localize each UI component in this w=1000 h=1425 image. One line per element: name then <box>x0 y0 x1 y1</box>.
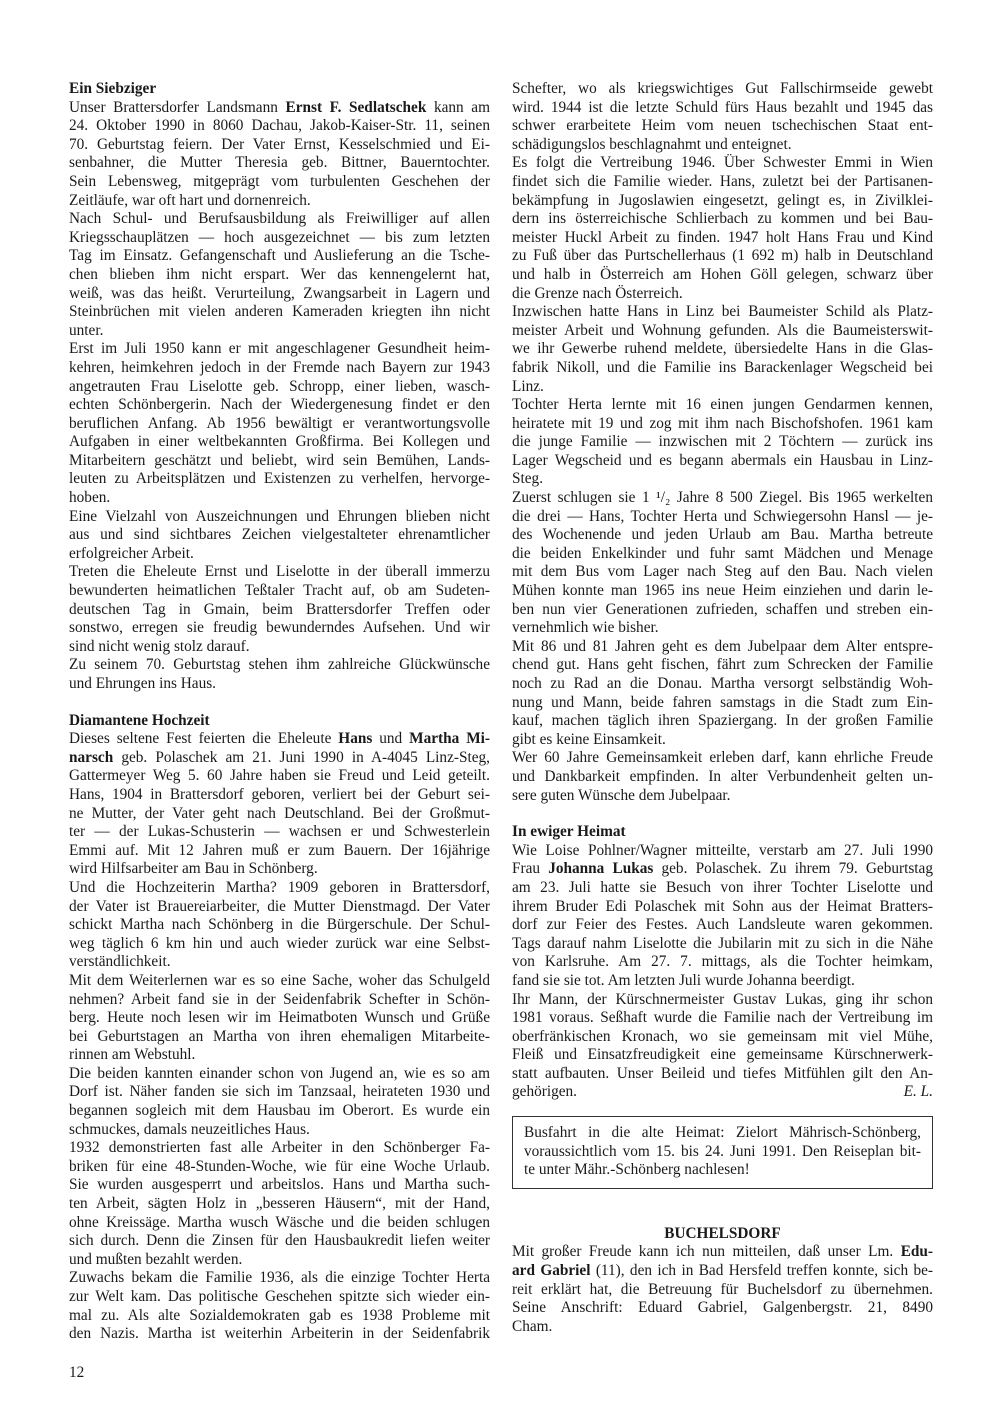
text-line: 24. Oktober 1990 in 8060 Dachau, Jakob-K… <box>69 117 490 136</box>
text-line: schädigungslos beschlagnahmt und enteign… <box>512 136 933 155</box>
text-line: sich durch. Denn die Zinsen für den Haus… <box>69 1232 490 1251</box>
text-line: Mit dem Weiterlernen war es so eine Sach… <box>69 972 490 991</box>
text-line: Wer 60 Jahre Gemeinsamkeit erleben darf,… <box>512 749 933 768</box>
text-line: und mußten bezahlt werden. <box>69 1251 490 1270</box>
text-line: schwer erarbeitete Heim vom neuen tschec… <box>512 117 933 136</box>
text-line: bekämpfung in Jugoslawien eingesetzt, ge… <box>512 192 933 211</box>
text-line: Emmi auf. Mit 12 Jahren muß er zum Bauer… <box>69 842 490 861</box>
text-line: erfolgreicher Arbeit. <box>69 545 490 564</box>
text-line: gibt es keine Einsamkeit. <box>512 731 933 750</box>
author-signature: E. L. <box>904 1083 933 1102</box>
text-line: beruflichen Anfang. Ab 1956 bewältigt er… <box>69 415 490 434</box>
text-line: Es folgt die Vertreibung 1946. Über Schw… <box>512 154 933 173</box>
text-line: Aufgaben in einer weltbekannten Großfirm… <box>69 433 490 452</box>
text-line: Eine Vielzahl von Auszeichnungen und Ehr… <box>69 508 490 527</box>
article-ein-siebziger: Ein Siebziger Unser Brattersdorfer Lands… <box>69 80 490 694</box>
text-line: schmuckes, damals neuzeitliches Haus. <box>69 1121 490 1140</box>
text-line: ne Mutter, der Vater geht nach Deutschla… <box>69 805 490 824</box>
text-line: zu Fuß über das Purtschellerhaus (1 692 … <box>512 247 933 266</box>
text-line: die junge Familie — inzwischen mit 2 Töc… <box>512 433 933 452</box>
text-line: Wie Loise Pohlner/Wagner mitteilte, vers… <box>512 842 933 861</box>
text-line: Tag im Einsatz. Gefangenschaft und Ausli… <box>69 247 490 266</box>
text-line: berg. Heute noch lesen wir im Heimatbote… <box>69 1009 490 1028</box>
text-line: aus und sind sichtbares Zeichen vielgest… <box>69 526 490 545</box>
text-line: unter. <box>69 322 490 341</box>
text-line: Treten die Eheleute Ernst und Liselotte … <box>69 563 490 582</box>
text-line: und Dankbarkeit empfinden. In alter Verb… <box>512 768 933 787</box>
text-line: fabrik Nikoll, und die Familie ins Barac… <box>512 359 933 378</box>
text-line: verständlichkeit. <box>69 953 490 972</box>
text-line: von Karlsruhe. Am 27. 7. mittags, als di… <box>512 953 933 972</box>
text-line: Dorf ist. Näher fanden sie sich im Tanzs… <box>69 1083 490 1102</box>
text-line: bewunderten heimatlichen Teßtaler Tracht… <box>69 582 490 601</box>
text-line: dorf zur Feier des Festes. Auch Landsleu… <box>512 916 933 935</box>
text-line: am 23. Juli hatte sie Besuch von ihrer T… <box>512 879 933 898</box>
text-line: den Nazis. Martha ist weiterhin Arbeiter… <box>69 1325 490 1344</box>
text-line: weiß, was das heißt. Verurteilung, Zwang… <box>69 285 490 304</box>
text-line: noch zu Rad an die Donau. Martha versorg… <box>512 675 933 694</box>
text-line: Sie wurden ausgesperrt und arbeitslos. H… <box>69 1176 490 1195</box>
text-line: statt aufbauten. Unser Beileid und tiefe… <box>512 1065 933 1084</box>
text-line: angetrauten Frau Liselotte geb. Schropp,… <box>69 378 490 397</box>
text-line: die beiden Enkelkinder und fuhr samt Mäd… <box>512 545 933 564</box>
text-line: chen blieben ihm nicht erspart. Wer das … <box>69 266 490 285</box>
text-line: begannen sogleich mit dem Hausbau im Obe… <box>69 1102 490 1121</box>
article-heading: In ewiger Heimat <box>512 823 933 842</box>
text-line: findet sich die Familie wieder. Hans, zu… <box>512 173 933 192</box>
text-line: sere guten Wünsche dem Jubelpaar. <box>512 787 933 806</box>
text-line: senbahner, die Mutter Theresia geb. Bitt… <box>69 154 490 173</box>
text-line: Steg. <box>512 470 933 489</box>
text-line: Seine Anschrift: Eduard Gabriel, Galgenb… <box>512 1299 933 1318</box>
person-name: Johanna Lukas <box>548 860 653 877</box>
text-line: we ihr Gewerbe ruhend meldete, übersiede… <box>512 340 933 359</box>
section-heading: BUCHELSDORF <box>512 1225 933 1244</box>
section-spacer <box>512 1189 933 1225</box>
article-diamantene-hochzeit-continued: Schefter, wo als kriegswichtiges Gut Fal… <box>512 80 933 805</box>
person-name: Edu- <box>901 1243 933 1260</box>
text-line: vernehmlich wie bisher. <box>512 619 933 638</box>
text-line: Zuerst schlugen sie 1 ¹/₂ Jahre 8 500 Zi… <box>512 489 933 508</box>
text-line: Und die Hochzeiterin Martha? 1909 gebore… <box>69 879 490 898</box>
text-line: Zu seinem 70. Geburtstag stehen ihm zahl… <box>69 656 490 675</box>
text-line: bei Geburtstagen an Martha von ihren ehe… <box>69 1028 490 1047</box>
text-line: Busfahrt in die alte Heimat: Zielort Mäh… <box>524 1124 921 1143</box>
text-line: gehörigen.E. L. <box>512 1083 933 1102</box>
text-line: wird. 1944 ist die letzte Schuld fürs Ha… <box>512 99 933 118</box>
text-line: deutschen Tag in Gmain, beim Brattersdor… <box>69 601 490 620</box>
text-line: Nach Schul- und Berufsausbildung als Fre… <box>69 210 490 229</box>
text-line: Tochter Herta lernte mit 16 einen jungen… <box>512 396 933 415</box>
text-line: 1932 demonstrierten fast alle Arbeiter i… <box>69 1139 490 1158</box>
section-spacer <box>69 694 490 712</box>
text-line: ter — der Lukas-Schusterin — wachsen er … <box>69 823 490 842</box>
person-name: Martha Mi- <box>409 730 490 747</box>
text-line: sonstwo, erregen sie freudig bewundernde… <box>69 619 490 638</box>
right-column: Schefter, wo als kriegswichtiges Gut Fal… <box>512 80 933 1336</box>
text-line: echten Schönbergerin. Nach der Wiedergen… <box>69 396 490 415</box>
text-line: ihrem Bruder Edi Polaschek mit Sohn aus … <box>512 898 933 917</box>
text-line: briken für eine 48-Stunden-Woche, wie fü… <box>69 1158 490 1177</box>
text-line: narsch geb. Polaschek am 21. Juni 1990 i… <box>69 749 490 768</box>
text-line: schickt Martha nach Schönberg in die Bür… <box>69 916 490 935</box>
text-line: leuten zu Arbeitsplätzen und Existenzen … <box>69 470 490 489</box>
text-line: Kriegsschauplätzen — hoch ausgezeichnet … <box>69 229 490 248</box>
text-line: weg täglich 6 km hin und auch wieder zur… <box>69 935 490 954</box>
article-diamantene-hochzeit: Diamantene Hochzeit Dieses seltene Fest … <box>69 712 490 1344</box>
text-line: Hans, 1904 in Brattersdorf geboren, verl… <box>69 786 490 805</box>
text-line: Ihr Mann, der Kürschnermeister Gustav Lu… <box>512 991 933 1010</box>
section-spacer <box>512 805 933 823</box>
text-line: und halb in Österreich am Hohen Göll gel… <box>512 266 933 285</box>
text-line: oberfränkischen Kronach, wo sie gemeinsa… <box>512 1028 933 1047</box>
text-line: Cham. <box>512 1318 933 1337</box>
text-line: Mühen konnte man 1965 ins neue Heim einz… <box>512 582 933 601</box>
article-in-ewiger-heimat: In ewiger Heimat Wie Loise Pohlner/Wagne… <box>512 823 933 1102</box>
text-line: Mitarbeitern geschätzt und beliebt, wird… <box>69 452 490 471</box>
text-line: nehmen? Arbeit fand sie in der Seidenfab… <box>69 991 490 1010</box>
text-line: meister Arbeit und Wohnung gefunden. Als… <box>512 322 933 341</box>
page-number: 12 <box>69 1364 84 1382</box>
text-line: und Ehrungen ins Haus. <box>69 675 490 694</box>
text-line: fand sie sie tot. Am letzten Juli wurde … <box>512 972 933 991</box>
text-line: der Vater ist Brauereiarbeiter, die Mutt… <box>69 898 490 917</box>
text-line: Zeitläufe, war oft hart und dornenreich. <box>69 192 490 211</box>
text-line: Dieses seltene Fest feierten die Eheleut… <box>69 730 490 749</box>
text-line: ten Arbeit, sägten Holz in „besseren Häu… <box>69 1195 490 1214</box>
text-line: Inzwischen hatte Hans in Linz bei Baumei… <box>512 303 933 322</box>
text-line: Steinbrüchen mit vielen anderen Kamerade… <box>69 303 490 322</box>
article-heading: Diamantene Hochzeit <box>69 712 490 731</box>
text-line: Unser Brattersdorfer Landsmann Ernst F. … <box>69 99 490 118</box>
left-column: Ein Siebziger Unser Brattersdorfer Lands… <box>69 80 490 1344</box>
text-line: Sein Lebensweg, mitgeprägt vom turbulent… <box>69 173 490 192</box>
text-line: die Grenze nach Österreich. <box>512 285 933 304</box>
text-line: Die beiden kannten einander schon von Ju… <box>69 1065 490 1084</box>
text-line: meister Huckl Arbeit zu finden. 1947 hol… <box>512 229 933 248</box>
text-line: Schefter, wo als kriegswichtiges Gut Fal… <box>512 80 933 99</box>
text-line: Lager Wegscheid und es begann abermals e… <box>512 452 933 471</box>
text-line: heiratete mit 19 und zog mit ihm nach Bi… <box>512 415 933 434</box>
text-line: mal zu. Als alte Sozialdemokraten gab es… <box>69 1307 490 1326</box>
notice-box: Busfahrt in die alte Heimat: Zielort Mäh… <box>512 1116 933 1189</box>
text-line: Gattermeyer Weg 5. 60 Jahre haben sie Fr… <box>69 767 490 786</box>
text-line: Tags darauf nahm Liselotte die Jubilarin… <box>512 935 933 954</box>
text-line: sind nicht wenig stolz darauf. <box>69 638 490 657</box>
person-name: Hans <box>338 730 372 747</box>
text-line: kauf, machen täglich ihren Spaziergang. … <box>512 712 933 731</box>
person-name: ard Gabriel <box>512 1262 590 1279</box>
text-line: ohne Kreissäge. Martha wusch Wäsche und … <box>69 1214 490 1233</box>
text-line: reit erklärt hat, die Betreuung für Buch… <box>512 1281 933 1300</box>
text-line: Erst im Juli 1950 kann er mit angeschlag… <box>69 340 490 359</box>
text-line: ben nun vier Generationen zufrieden, sch… <box>512 601 933 620</box>
text-line: chend gut. Hans geht fischen, fährt zum … <box>512 656 933 675</box>
text-line: nung und Mann, beide fahren samstags in … <box>512 694 933 713</box>
person-name: Ernst F. Sedlatschek <box>286 99 427 116</box>
text-line: voraussichtlich vom 15. bis 24. Juni 199… <box>524 1143 921 1162</box>
text-line: hoben. <box>69 489 490 508</box>
text-line: die drei — Hans, Tochter Herta und Schwi… <box>512 508 933 527</box>
text-line: Zuwachs bekam die Familie 1936, als die … <box>69 1269 490 1288</box>
text-line: rinnen am Webstuhl. <box>69 1046 490 1065</box>
text-line: ard Gabriel (11), den ich in Bad Hersfel… <box>512 1262 933 1281</box>
article-heading: Ein Siebziger <box>69 80 490 99</box>
text-line: Linz. <box>512 378 933 397</box>
text-line: des Wochenende und jeden Urlaub am Bau. … <box>512 526 933 545</box>
text-line: Mit großer Freude kann ich nun mitteilen… <box>512 1243 933 1262</box>
person-name: narsch <box>69 749 113 766</box>
text-line: Frau Johanna Lukas geb. Polaschek. Zu ih… <box>512 860 933 879</box>
article-buchelsdorf: BUCHELSDORF Mit großer Freude kann ich n… <box>512 1225 933 1337</box>
text-line: 70. Geburtstag feiern. Der Vater Ernst, … <box>69 136 490 155</box>
text-line: 1981 voraus. Seßhaft wurde die Familie n… <box>512 1009 933 1028</box>
text-line: wird Hilfsarbeiter am Bau in Schönberg. <box>69 860 490 879</box>
text-line: zur Welt kam. Das politische Geschehen s… <box>69 1288 490 1307</box>
text-line: Mit 86 und 81 Jahren geht es dem Jubelpa… <box>512 638 933 657</box>
text-line: dern ins österreichische Schlierbach zu … <box>512 210 933 229</box>
text-line: Fleiß und Einsatzfreudigkeit eine gemein… <box>512 1046 933 1065</box>
text-line: kehren, heimkehren jedoch in der Fremde … <box>69 359 490 378</box>
document-page: Ein Siebziger Unser Brattersdorfer Lands… <box>0 0 1000 1425</box>
text-line: te unter Mähr.-Schönberg nachlesen! <box>524 1161 921 1180</box>
text-line: mit dem Bus vom Lager nach Steg auf den … <box>512 563 933 582</box>
